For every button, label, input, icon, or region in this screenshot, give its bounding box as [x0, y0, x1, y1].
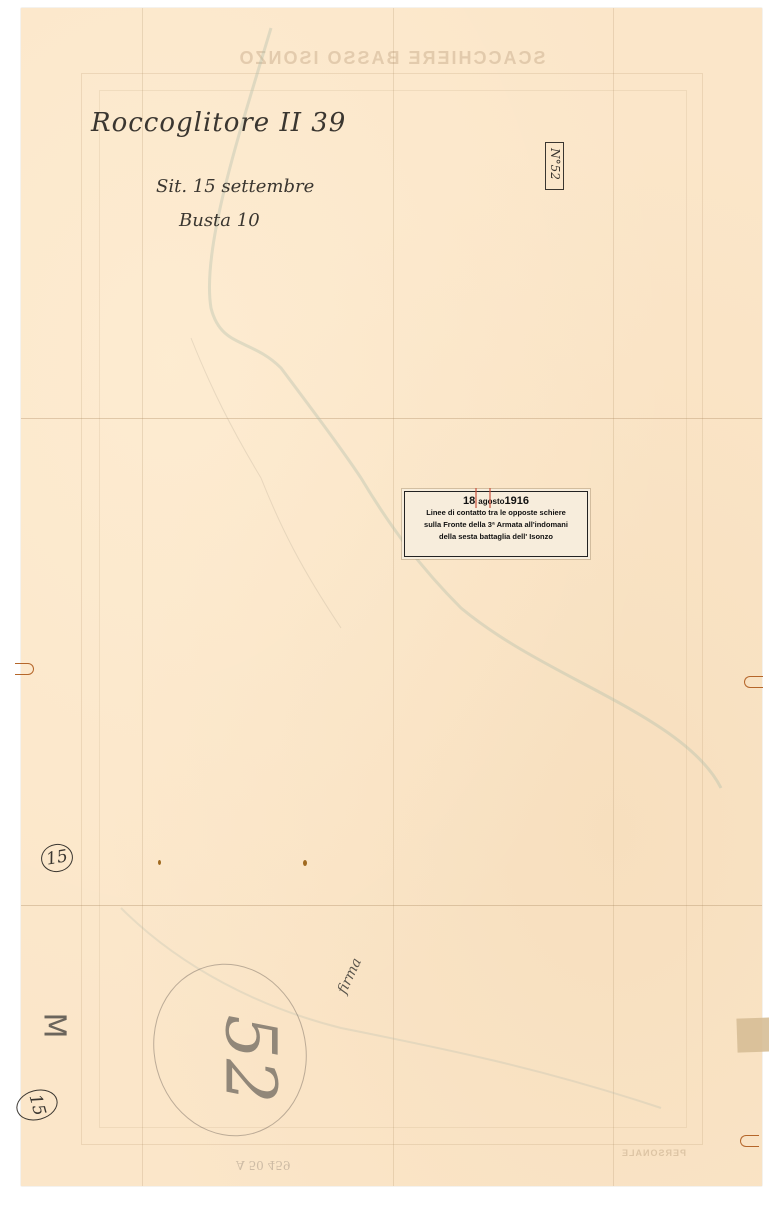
number-box-text: N°52	[548, 141, 562, 187]
paper-clip-left	[15, 663, 34, 675]
handwritten-reference: Roccoglitore II 39	[91, 108, 346, 138]
number-box: N°52	[545, 142, 564, 190]
stain-mark	[158, 860, 161, 865]
river-bleedthrough	[21, 8, 762, 1186]
circled-number-top-text: 15	[45, 846, 70, 869]
label-line-2: sulla Fronte della 3ª Armata all'indoman…	[405, 519, 587, 531]
circled-number-bottom-text: 15	[25, 1092, 50, 1118]
label-date-year: 1916	[505, 495, 529, 507]
handwritten-situation-date: Sit. 15 settembre	[156, 176, 314, 197]
large-pencil-number: 52	[210, 1014, 292, 1103]
stain-mark	[303, 860, 307, 866]
label-date-month: agosto	[478, 497, 504, 506]
label-line-1: Linee di contatto tra le opposte schiere	[405, 507, 587, 519]
faint-inventory-number: A 50 459	[236, 1158, 290, 1172]
handwritten-busta: Busta 10	[179, 210, 260, 231]
map-sheet: SCACCHIERE BASSO ISONZO PERSONALE Roccog…	[21, 8, 762, 1186]
label-tape-mark	[475, 488, 477, 508]
archive-label: 18 agosto1916 Linee di contatto tra le o…	[404, 491, 588, 557]
paper-clip-right-bottom	[740, 1135, 759, 1147]
label-date-day: 18	[463, 495, 475, 507]
label-line-3: della sesta battaglia dell' Isonzo	[405, 531, 587, 543]
label-date: 18 agosto1916	[405, 495, 587, 507]
adhesive-tape	[736, 1017, 769, 1052]
margin-letter-mark: M	[36, 1013, 71, 1039]
paper-clip-right	[744, 676, 763, 688]
label-tape-mark	[489, 488, 491, 508]
